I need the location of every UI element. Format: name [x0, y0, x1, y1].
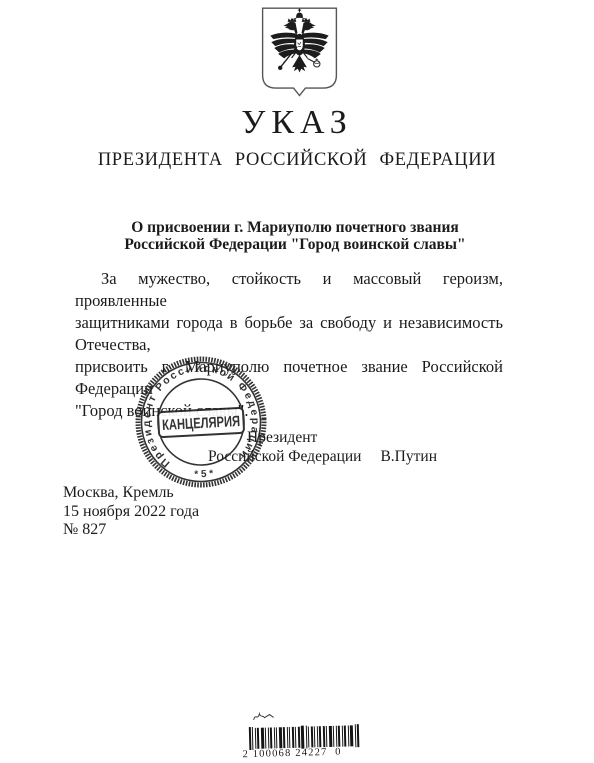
- decree-title: УКАЗ: [0, 104, 594, 142]
- decree-issuer: ПРЕЗИДЕНТА РОССИЙСКОЙ ФЕДЕРАЦИИ: [0, 150, 594, 171]
- body-line: За мужество, стойкость и массовый героиз…: [75, 268, 503, 312]
- decree-document: УКАЗ ПРЕЗИДЕНТА РОССИЙСКОЙ ФЕДЕРАЦИИ О п…: [0, 0, 594, 763]
- signatory-name: В.Путин: [380, 448, 437, 467]
- barcode-digits: 2 100068 24227 0: [242, 747, 337, 760]
- coat-of-arms-svg: [261, 7, 338, 97]
- subject-line: О присвоении г. Мариуполю почетного зван…: [60, 219, 530, 236]
- russian-coat-of-arms-icon: [261, 7, 338, 97]
- issuance-block: Москва, Кремль 15 ноября 2022 года № 827: [63, 484, 199, 540]
- stamp-svg: Президент Российской Федерации * 5 * КАН…: [130, 351, 273, 494]
- body-line: защитниками города в борьбе за свободу и…: [75, 312, 503, 356]
- subject-line: Российской Федерации "Город воинской сла…: [60, 236, 530, 253]
- ean-barcode: 2 100068 24227 0: [241, 708, 337, 760]
- issuance-place: Москва, Кремль: [63, 484, 199, 503]
- chancellery-stamp-icon: Президент Российской Федерации * 5 * КАН…: [130, 351, 273, 494]
- issuance-date: 15 ноября 2022 года: [63, 503, 199, 522]
- issuance-number: № 827: [63, 521, 199, 540]
- handwritten-mark-icon: [251, 709, 277, 723]
- stamp-bottom-text: * 5 *: [194, 468, 214, 480]
- barcode-bars: [249, 726, 330, 749]
- decree-subject: О присвоении г. Мариуполю почетного зван…: [60, 219, 530, 253]
